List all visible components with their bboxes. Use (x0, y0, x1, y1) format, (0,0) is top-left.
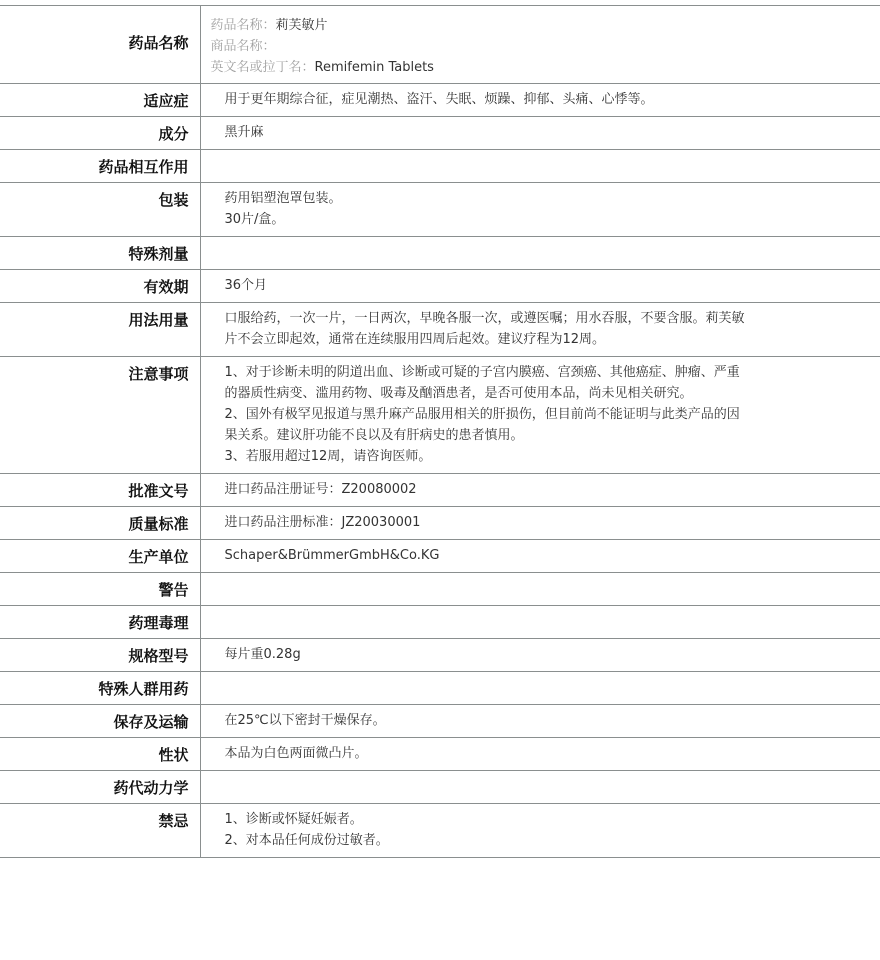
row-label: 生产单位 (0, 540, 200, 573)
row-value (200, 771, 880, 804)
table-row: 警告 (0, 573, 880, 606)
table-row: 药品相互作用 (0, 150, 880, 183)
value-line: 药用铝塑泡罩包装。 (225, 188, 790, 209)
table-row: 包装药用铝塑泡罩包装。30片/盒。 (0, 183, 880, 237)
row-label: 特殊剂量 (0, 237, 200, 270)
table-row: 用法用量口服给药，一次一片，一日两次，早晚各服一次，或遵医嘱；用水吞服，不要含服… (0, 303, 880, 357)
table-row: 批准文号进口药品注册证号：Z20080002 (0, 474, 880, 507)
row-value: 本品为白色两面微凸片。 (200, 738, 880, 771)
row-label: 规格型号 (0, 639, 200, 672)
drug-spec-table: 药品名称 药品名称：莉芙敏片 商品名称： 英文名或拉丁名：Remifemin T… (0, 5, 880, 858)
row-value: 用于更年期综合征，症见潮热、盗汗、失眠、烦躁、抑郁、头痛、心悸等。 (200, 84, 880, 117)
generic-name-line: 药品名称：莉芙敏片 (211, 15, 880, 36)
row-label: 包装 (0, 183, 200, 237)
value-line: 本品为白色两面微凸片。 (225, 743, 790, 764)
table-row: 适应症用于更年期综合征，症见潮热、盗汗、失眠、烦躁、抑郁、头痛、心悸等。 (0, 84, 880, 117)
row-label: 成分 (0, 117, 200, 150)
row-label: 质量标准 (0, 507, 200, 540)
row-label: 药品名称 (0, 6, 200, 84)
table-row: 禁忌1、诊断或怀疑妊娠者。2、对本品任何成份过敏者。 (0, 804, 880, 858)
row-value: 1、诊断或怀疑妊娠者。2、对本品任何成份过敏者。 (200, 804, 880, 858)
row-value: 36个月 (200, 270, 880, 303)
row-label: 特殊人群用药 (0, 672, 200, 705)
row-label: 适应症 (0, 84, 200, 117)
value-line: 在25℃以下密封干燥保存。 (225, 710, 790, 731)
table-row-drug-name: 药品名称 药品名称：莉芙敏片 商品名称： 英文名或拉丁名：Remifemin T… (0, 6, 880, 84)
row-label: 批准文号 (0, 474, 200, 507)
value-line: 进口药品注册证号：Z20080002 (225, 479, 790, 500)
row-label: 药代动力学 (0, 771, 200, 804)
row-label: 药品相互作用 (0, 150, 200, 183)
table-row: 生产单位Schaper&BrümmerGmbH&Co.KG (0, 540, 880, 573)
row-value (200, 237, 880, 270)
row-label: 性状 (0, 738, 200, 771)
row-label: 注意事项 (0, 357, 200, 474)
value-line: 2、对本品任何成份过敏者。 (225, 830, 790, 851)
value-line: 的器质性病变、滥用药物、吸毒及酗酒患者，是否可使用本品，尚未见相关研究。 (225, 383, 790, 404)
value-line: 30片/盒。 (225, 209, 790, 230)
value-line: 1、对于诊断未明的阴道出血、诊断或可疑的子宫内膜癌、宫颈癌、其他癌症、肿瘤、严重 (225, 362, 790, 383)
value-line: 每片重0.28g (225, 644, 790, 665)
row-value: 口服给药，一次一片，一日两次，早晚各服一次，或遵医嘱；用水吞服，不要含服。莉芙敏… (200, 303, 880, 357)
row-value: 药用铝塑泡罩包装。30片/盒。 (200, 183, 880, 237)
row-value (200, 606, 880, 639)
table-row: 保存及运输在25℃以下密封干燥保存。 (0, 705, 880, 738)
table-row: 注意事项1、对于诊断未明的阴道出血、诊断或可疑的子宫内膜癌、宫颈癌、其他癌症、肿… (0, 357, 880, 474)
row-value: 进口药品注册证号：Z20080002 (200, 474, 880, 507)
value-line: 1、诊断或怀疑妊娠者。 (225, 809, 790, 830)
table-row: 有效期36个月 (0, 270, 880, 303)
value-line: 进口药品注册标准：JZ20030001 (225, 512, 790, 533)
value-line: 片不会立即起效，通常在连续服用四周后起效。建议疗程为12周。 (225, 329, 790, 350)
value-line: 用于更年期综合征，症见潮热、盗汗、失眠、烦躁、抑郁、头痛、心悸等。 (225, 89, 790, 110)
row-value: 进口药品注册标准：JZ20030001 (200, 507, 880, 540)
row-value: 药品名称：莉芙敏片 商品名称： 英文名或拉丁名：Remifemin Tablet… (200, 6, 880, 84)
table-row: 成分黑升麻 (0, 117, 880, 150)
row-value (200, 150, 880, 183)
value-line: 3、若服用超过12周，请咨询医师。 (225, 446, 790, 467)
row-label: 保存及运输 (0, 705, 200, 738)
table-row: 药理毒理 (0, 606, 880, 639)
row-value: 黑升麻 (200, 117, 880, 150)
row-label: 禁忌 (0, 804, 200, 858)
row-value (200, 573, 880, 606)
value-line: 黑升麻 (225, 122, 790, 143)
row-label: 警告 (0, 573, 200, 606)
table-row: 特殊人群用药 (0, 672, 880, 705)
value-line: 2、国外有极罕见报道与黑升麻产品服用相关的肝损伤，但目前尚不能证明与此类产品的因 (225, 404, 790, 425)
row-label: 药理毒理 (0, 606, 200, 639)
table-row: 特殊剂量 (0, 237, 880, 270)
value-line: 口服给药，一次一片，一日两次，早晚各服一次，或遵医嘱；用水吞服，不要含服。莉芙敏 (225, 308, 790, 329)
value-line: 36个月 (225, 275, 790, 296)
row-value (200, 672, 880, 705)
row-value: 在25℃以下密封干燥保存。 (200, 705, 880, 738)
row-label: 用法用量 (0, 303, 200, 357)
table-row: 药代动力学 (0, 771, 880, 804)
row-value: 1、对于诊断未明的阴道出血、诊断或可疑的子宫内膜癌、宫颈癌、其他癌症、肿瘤、严重… (200, 357, 880, 474)
english-name-line: 英文名或拉丁名：Remifemin Tablets (211, 57, 880, 78)
row-value: Schaper&BrümmerGmbH&Co.KG (200, 540, 880, 573)
table-row: 质量标准进口药品注册标准：JZ20030001 (0, 507, 880, 540)
value-line: Schaper&BrümmerGmbH&Co.KG (225, 545, 790, 566)
row-value: 每片重0.28g (200, 639, 880, 672)
value-line: 果关系。建议肝功能不良以及有肝病史的患者慎用。 (225, 425, 790, 446)
table-row: 性状本品为白色两面微凸片。 (0, 738, 880, 771)
trade-name-line: 商品名称： (211, 36, 880, 57)
row-label: 有效期 (0, 270, 200, 303)
table-row: 规格型号每片重0.28g (0, 639, 880, 672)
